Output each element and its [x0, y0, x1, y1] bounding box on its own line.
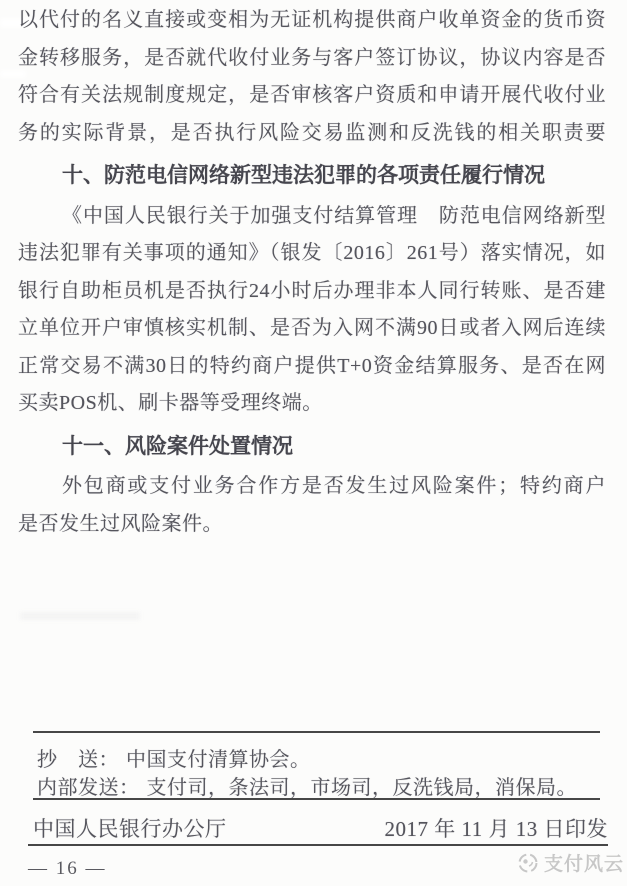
text-line: 正常交易不满30日的特约商户提供T+0资金结算服务、是否在网上 [18, 348, 606, 386]
section-10-paragraph: 《中国人民银行关于加强支付结算管理 防范电信网络新型 违法犯罪有关事项的通知》（… [18, 198, 606, 423]
footer-divider-top [33, 731, 600, 733]
cc-label: 抄 送： [37, 749, 119, 771]
text-line: 违法犯罪有关事项的通知》（银发〔2016〕261号）落实情况，如 [18, 235, 606, 273]
issuer-office: 中国人民银行办公厅 [33, 814, 227, 844]
text-line: 符合有关法规制度规定，是否审核客户资质和申请开展代收付业 [18, 77, 606, 115]
watermark: 支付风云 [517, 849, 624, 876]
section-11-heading: 十一、风险案件处置情况 [18, 428, 606, 466]
text-line: 银行自助柜员机是否执行24小时后办理非本人同行转账、是否建 [18, 273, 606, 311]
section-10-heading: 十、防范电信网络新型违法犯罪的各项责任履行情况 [18, 157, 606, 195]
internal-label: 内部发送： [37, 777, 140, 799]
page-number: — 16 — [28, 856, 107, 882]
cc-line: 抄 送：中国支付清算协会。 [37, 746, 311, 774]
text-line: 是否发生过风险案件。 [18, 506, 606, 544]
internal-value: 支付司，条法司，市场司，反洗钱局，消保局。 [147, 777, 578, 799]
text-line: 买卖POS机、刷卡器等受理终端。 [18, 385, 606, 423]
continuation-paragraph: 以代付的名义直接或变相为无证机构提供商户收单资金的货币资 金转移服务，是否就代收… [18, 2, 606, 152]
watermark-logo-icon [517, 852, 539, 874]
cc-value: 中国支付清算协会。 [126, 749, 311, 771]
watermark-text: 支付风云 [544, 849, 624, 876]
footer-divider-middle [33, 798, 600, 800]
text-line: 外包商或支付业务合作方是否发生过风险案件；特约商户 [18, 468, 606, 506]
text-line: 务的实际背景，是否执行风险交易监测和反洗钱的相关职责要求。 [18, 115, 606, 153]
footer-divider-bottom [28, 844, 608, 846]
scanned-document-page: 以代付的名义直接或变相为无证机构提供商户收单资金的货币资 金转移服务，是否就代收… [0, 0, 627, 886]
document-body: 以代付的名义直接或变相为无证机构提供商户收单资金的货币资 金转移服务，是否就代收… [18, 2, 606, 543]
text-line: 金转移服务，是否就代收付业务与客户签订协议，协议内容是否 [18, 40, 606, 78]
issue-date: 2017 年 11 月 13 日印发 [385, 814, 608, 844]
text-line: 立单位开户审慎核实机制、是否为入网不满90日或者入网后连续 [18, 310, 606, 348]
issuer-row: 中国人民银行办公厅 2017 年 11 月 13 日印发 [33, 814, 608, 844]
scan-artifact [20, 612, 140, 620]
text-line: 《中国人民银行关于加强支付结算管理 防范电信网络新型 [18, 198, 606, 236]
text-line: 以代付的名义直接或变相为无证机构提供商户收单资金的货币资 [18, 2, 606, 40]
section-11-paragraph: 外包商或支付业务合作方是否发生过风险案件；特约商户 是否发生过风险案件。 [18, 468, 606, 543]
